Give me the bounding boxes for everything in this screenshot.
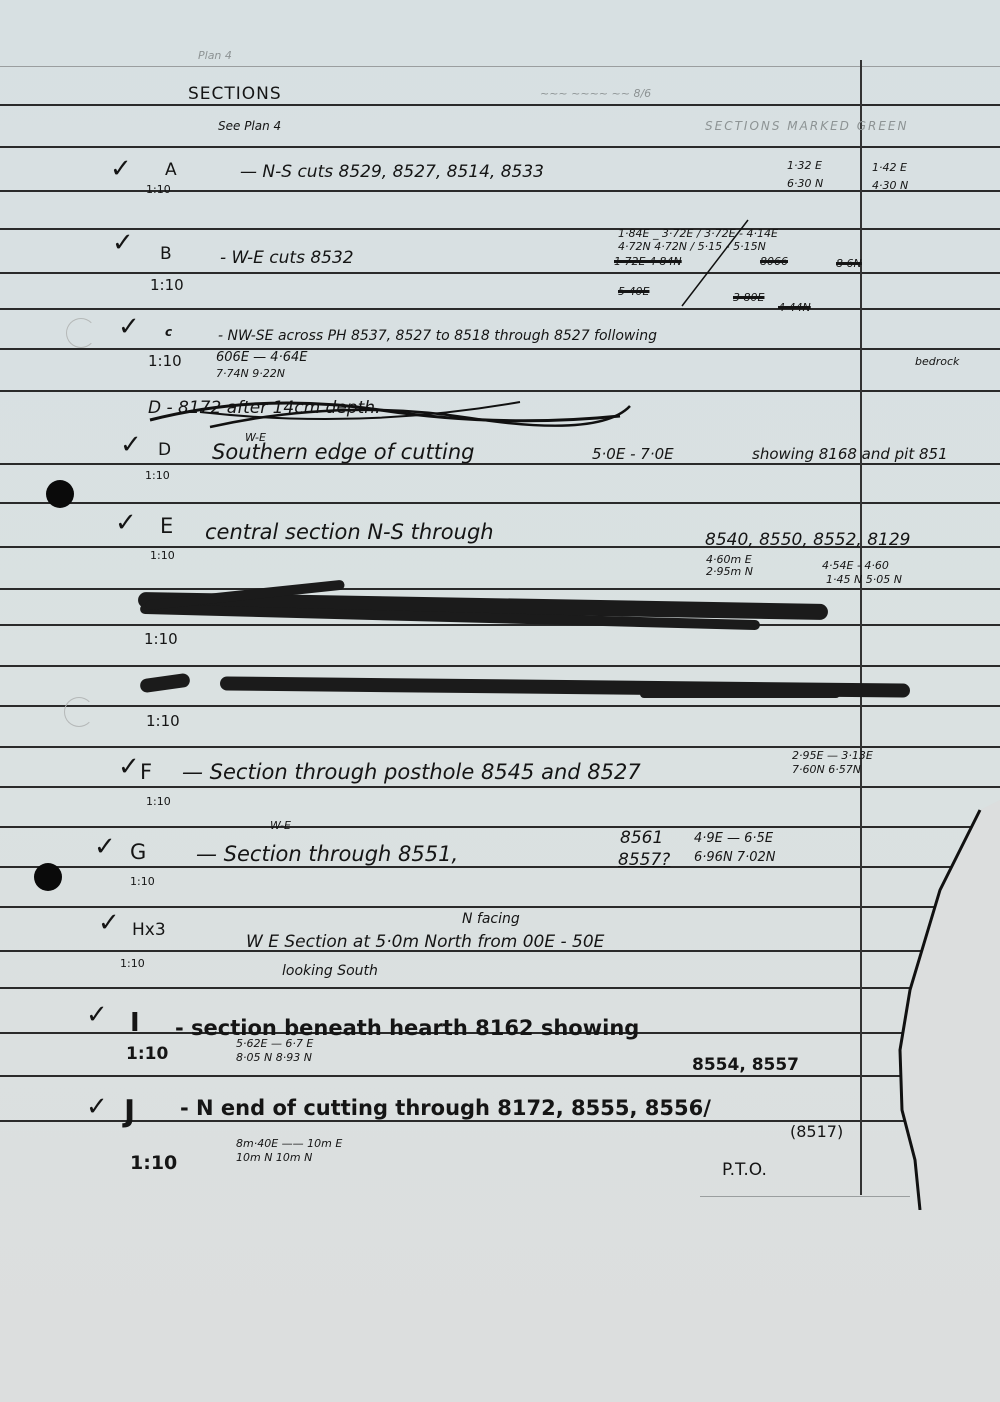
entry-d-scale: 1:10 bbox=[145, 470, 170, 481]
punch-hole bbox=[34, 863, 62, 891]
entry-b-struck: 4·44N bbox=[778, 302, 811, 313]
entry-b-slash bbox=[680, 218, 750, 308]
ruled-line bbox=[0, 588, 1000, 590]
ruled-line bbox=[0, 786, 1000, 788]
entry-a-scale: 1:10 bbox=[146, 184, 171, 195]
entry-g-northing: 6·96N 7·02N bbox=[694, 852, 775, 863]
entry-a-margin-easting: 1·42 E bbox=[872, 162, 907, 173]
check-icon: ✓ bbox=[86, 1000, 108, 1030]
check-icon: ✓ bbox=[94, 832, 116, 862]
punch-hole bbox=[46, 480, 74, 508]
scribble-out bbox=[140, 392, 640, 437]
entry-e-coord1-n: 2·95m N bbox=[706, 566, 753, 577]
ruled-line bbox=[0, 906, 1000, 908]
entry-e-coord1-e: 4·60m E bbox=[706, 554, 752, 565]
entry-b-struck: 8·6N bbox=[836, 258, 862, 269]
entry-b-text: - W-E cuts 8532 bbox=[220, 248, 354, 268]
entry-g-num1: 8561 bbox=[620, 828, 663, 848]
entry-h-scale: 1:10 bbox=[120, 958, 145, 969]
ruled-line bbox=[0, 665, 1000, 667]
entry-d-range: 5·0E - 7·0E bbox=[592, 448, 674, 460]
faint-top-right: ~~~ ~~~~ ~~ 8/6 bbox=[540, 88, 651, 99]
entry-f-northing: 7·60N 6·57N bbox=[792, 764, 861, 775]
entry-h-label: Hx3 bbox=[132, 920, 166, 940]
subheading: See Plan 4 bbox=[218, 120, 281, 132]
entry-e-text: central section N-S through bbox=[205, 520, 494, 544]
check-icon: ✓ bbox=[120, 430, 142, 460]
ruled-line bbox=[0, 463, 1000, 465]
entry-d-text: Southern edge of cutting bbox=[212, 440, 474, 464]
entry-c-scale: 1:10 bbox=[148, 352, 182, 370]
entry-j-paren: (8517) bbox=[790, 1126, 843, 1138]
ruled-line bbox=[0, 308, 1000, 310]
entry-g-text: — Section through 8551, bbox=[196, 842, 458, 866]
margin-line bbox=[860, 60, 862, 1195]
entry-g-scale: 1:10 bbox=[130, 876, 155, 887]
entry-j-label: J bbox=[124, 1094, 135, 1129]
ruled-line bbox=[0, 866, 1000, 868]
entry-b-label: B bbox=[160, 244, 172, 264]
ruled-line bbox=[0, 624, 1000, 626]
entry-h-annotation: N facing bbox=[462, 914, 520, 925]
entry-i-scale: 1:10 bbox=[126, 1044, 168, 1064]
entry-c-text: - NW-SE across PH 8537, 8527 to 8518 thr… bbox=[218, 330, 657, 342]
entry-b-scale: 1:10 bbox=[150, 276, 184, 294]
entry-j-scale: 1:10 bbox=[130, 1152, 177, 1174]
entry-b-struck: 1·72E 4·84N bbox=[614, 256, 682, 267]
entry-g-num2: 8557? bbox=[618, 850, 670, 870]
entry-a-label: A bbox=[165, 160, 177, 180]
entry-a-easting: 1·32 E bbox=[787, 160, 822, 171]
ruled-line bbox=[0, 146, 1000, 148]
entry-b-struck: 8066 bbox=[760, 256, 788, 267]
entry-d-label: D bbox=[158, 440, 171, 460]
ruled-line bbox=[0, 228, 1000, 230]
ruled-line bbox=[0, 705, 1000, 707]
entry-c-easting: 606E — 4·64E bbox=[216, 352, 307, 363]
heading: SECTIONS bbox=[188, 84, 282, 104]
ruled-line bbox=[0, 746, 1000, 748]
entry-g-easting: 4·9E — 6·5E bbox=[694, 833, 773, 844]
faint-rule bbox=[0, 66, 1000, 67]
entry-a-text: — N-S cuts 8529, 8527, 8514, 8533 bbox=[240, 162, 544, 182]
entry-i-easting: 5·62E — 6·7 E bbox=[236, 1038, 313, 1049]
ruled-line bbox=[0, 1075, 1000, 1077]
check-icon: ✓ bbox=[118, 752, 140, 782]
entry-e-coord2-n: 1·45 N 5·05 N bbox=[826, 574, 902, 585]
entry-i-northing: 8·05 N 8·93 N bbox=[236, 1052, 312, 1063]
check-icon: ✓ bbox=[98, 908, 120, 938]
punch-hole-ghost bbox=[64, 697, 94, 727]
ruled-line bbox=[0, 1120, 1000, 1122]
ruled-line bbox=[0, 826, 1000, 828]
entry-e-label: E bbox=[160, 514, 173, 538]
entry-f-text: — Section through posthole 8545 and 8527 bbox=[182, 760, 641, 784]
ruled-line bbox=[0, 348, 1000, 350]
entry-d-showing: showing 8168 and pit 851 bbox=[752, 448, 948, 460]
entry-f-scale: 1:10 bbox=[146, 796, 171, 807]
entry-c-northing: 7·74N 9·22N bbox=[216, 368, 285, 379]
entry-g-label: G bbox=[130, 840, 146, 864]
pto-note: P.T.O. bbox=[722, 1160, 767, 1180]
entry-e-coord2-e: 4·54E - 4·60 bbox=[822, 560, 889, 571]
entry-c-bedrock: bedrock bbox=[915, 356, 959, 367]
check-icon: ✓ bbox=[115, 508, 137, 538]
entry-i-label: I bbox=[130, 1008, 140, 1038]
entry-f-easting: 2·95E — 3·13E bbox=[792, 750, 873, 761]
torn-edge bbox=[880, 790, 1000, 1210]
entry-h-note: looking South bbox=[282, 966, 378, 977]
entry-j-text: - N end of cutting through 8172, 8555, 8… bbox=[180, 1096, 711, 1120]
entry-b-struck: 5·40E bbox=[618, 286, 649, 297]
entry-j-northing: 10m N 10m N bbox=[236, 1152, 312, 1163]
check-icon: ✓ bbox=[86, 1092, 108, 1122]
ruled-line bbox=[0, 272, 1000, 274]
ruled-line bbox=[0, 104, 1000, 106]
punch-hole-ghost bbox=[66, 318, 96, 348]
struck-row-2-scale: 1:10 bbox=[146, 712, 180, 730]
entry-h-text: W E Section at 5·0m North from 00E - 50E bbox=[246, 932, 604, 952]
entry-a-margin-northing: 4·30 N bbox=[872, 180, 908, 191]
check-icon: ✓ bbox=[118, 312, 140, 342]
entry-a-northing: 6·30 N bbox=[787, 178, 823, 189]
entry-e-scale: 1:10 bbox=[150, 550, 175, 561]
entry-f-label: F bbox=[140, 760, 152, 784]
notebook-page: Plan 4 ~~~ ~~~~ ~~ 8/6 SECTIONS See Plan… bbox=[0, 0, 1000, 1402]
entry-i-numbers: 8554, 8557 bbox=[692, 1055, 799, 1075]
right-column-header: SECTIONS MARKED GREEN bbox=[705, 120, 908, 132]
scribble-out bbox=[640, 690, 840, 698]
faint-header: Plan 4 bbox=[198, 50, 232, 61]
ruled-line bbox=[0, 987, 1000, 989]
scribble-out bbox=[139, 673, 190, 694]
entry-j-easting: 8m·40E —— 10m E bbox=[236, 1138, 342, 1149]
check-icon: ✓ bbox=[110, 154, 132, 184]
struck-row-1-scale: 1:10 bbox=[144, 630, 178, 648]
entry-e-numbers: 8540, 8550, 8552, 8129 bbox=[705, 530, 910, 550]
entry-g-annotation: W-E bbox=[270, 820, 291, 831]
check-icon: ✓ bbox=[112, 228, 134, 258]
ruled-line bbox=[700, 1196, 910, 1197]
entry-c-label: c bbox=[165, 326, 172, 338]
ruled-line bbox=[0, 502, 1000, 504]
